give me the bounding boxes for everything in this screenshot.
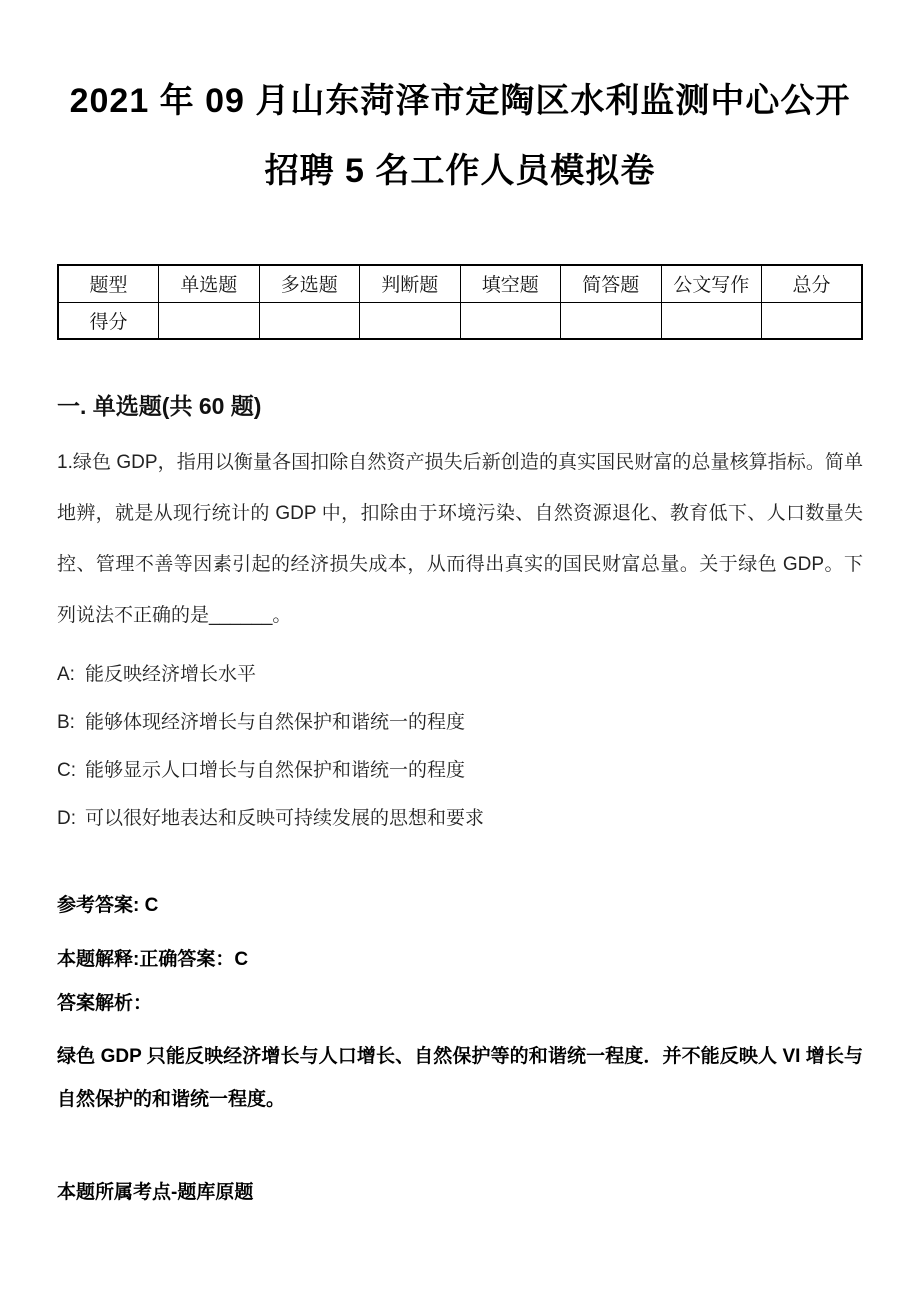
score-table-header-official-writing: 公文写作: [661, 265, 762, 302]
score-table: 题型 单选题 多选题 判断题 填空题 简答题 公文写作 总分 得分: [57, 264, 863, 340]
score-cell-empty: [360, 302, 461, 339]
option-c-label: C:: [57, 761, 85, 780]
score-cell-empty: [762, 302, 863, 339]
question-1: 1.绿色 GDP，指用以衡量各国扣除自然资产损失后新创造的真实国民财富的总量核算…: [57, 437, 863, 641]
option-b-label: B:: [57, 713, 85, 732]
document-title: 2021 年 09 月山东菏泽市定陶区水利监测中心公开招聘 5 名工作人员模拟卷: [57, 0, 863, 206]
option-c: C:能够显示人口增长与自然保护和谐统一的程度: [57, 761, 863, 780]
answer-analysis-label: 答案解析：: [57, 988, 863, 1015]
section-heading-single-choice: 一. 单选题(共 60 题): [57, 388, 863, 421]
score-table-header-single-choice: 单选题: [159, 265, 260, 302]
score-cell-empty: [661, 302, 762, 339]
score-table-header-multi-choice: 多选题: [259, 265, 360, 302]
score-cell-empty: [259, 302, 360, 339]
score-row-label: 得分: [58, 302, 159, 339]
question-1-number: 1.: [57, 452, 73, 473]
question-source-note: 本题所属考点-题库原题: [57, 1177, 863, 1204]
option-b-text: 能够体现经济增长与自然保护和谐统一的程度: [85, 712, 465, 733]
score-cell-empty: [159, 302, 260, 339]
exam-document-page: 2021 年 09 月山东菏泽市定陶区水利监测中心公开招聘 5 名工作人员模拟卷…: [0, 0, 920, 1302]
question-1-options: A:能反映经济增长水平 B:能够体现经济增长与自然保护和谐统一的程度 C:能够显…: [57, 665, 863, 828]
option-c-text: 能够显示人口增长与自然保护和谐统一的程度: [85, 760, 465, 781]
reference-answer: 参考答案: C: [57, 890, 863, 917]
score-table-header-true-false: 判断题: [360, 265, 461, 302]
option-a: A:能反映经济增长水平: [57, 665, 863, 684]
option-a-label: A:: [57, 665, 85, 684]
score-table-header-total: 总分: [762, 265, 863, 302]
option-a-text: 能反映经济增长水平: [85, 664, 256, 685]
option-b: B:能够体现经济增长与自然保护和谐统一的程度: [57, 713, 863, 732]
option-d-text: 可以很好地表达和反映可持续发展的思想和要求: [85, 808, 484, 829]
option-d-label: D:: [57, 809, 85, 828]
answer-analysis-text: 绿色 GDP 只能反映经济增长与人口增长、自然保护等的和谐统一程度．并不能反映人…: [57, 1035, 863, 1121]
option-d: D:可以很好地表达和反映可持续发展的思想和要求: [57, 809, 863, 828]
score-table-header-fill-blank: 填空题: [460, 265, 561, 302]
score-cell-empty: [460, 302, 561, 339]
score-table-header-question-type: 题型: [58, 265, 159, 302]
score-table-header-short-answer: 简答题: [561, 265, 662, 302]
question-1-text: 绿色 GDP，指用以衡量各国扣除自然资产损失后新创造的真实国民财富的总量核算指标…: [57, 452, 863, 626]
score-table-score-row: 得分: [58, 302, 862, 339]
score-table-header-row: 题型 单选题 多选题 判断题 填空题 简答题 公文写作 总分: [58, 265, 862, 302]
score-cell-empty: [561, 302, 662, 339]
answer-explanation: 本题解释:正确答案：C: [57, 944, 863, 971]
